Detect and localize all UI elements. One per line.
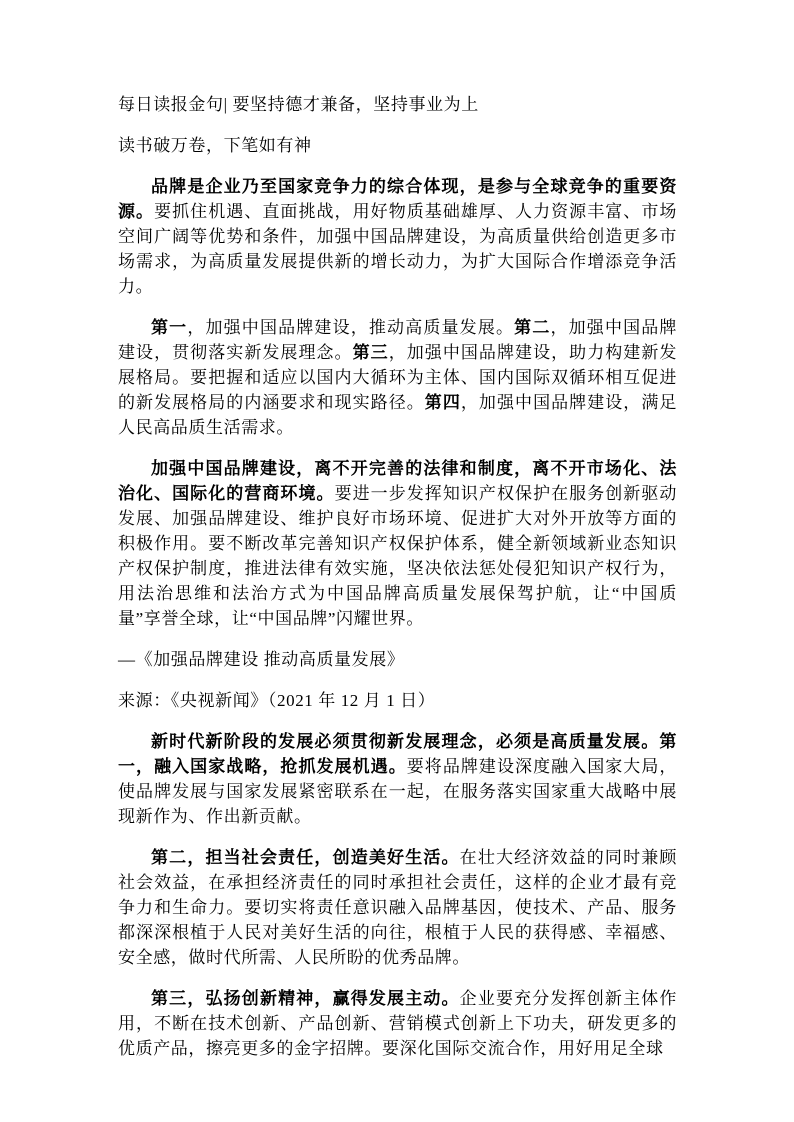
text-segment: 读书破万卷，下笔如有神	[118, 136, 312, 155]
bold-text-segment: 第三，弘扬创新精神，赢得发展主动。	[151, 989, 460, 1008]
source-origin-line: 来源：《央视新闻》（2021 年 12 月 1 日）	[118, 688, 677, 713]
bold-text-segment: 第四	[425, 393, 461, 412]
text-segment: 要进一步发挥知识产权保护在服务创新驱动发展、加强品牌建设、维护良好市场环境、促进…	[118, 484, 677, 628]
bold-text-segment: 第二，担当社会责任，创造美好生活。	[151, 848, 460, 867]
paragraph-innovation: 第三，弘扬创新精神，赢得发展主动。企业要充分发挥创新主体作用，不断在技术创新、产…	[118, 986, 677, 1061]
bold-text-segment: 第一	[151, 318, 187, 337]
text-segment: ，加强中国品牌建设，推动高质量发展。	[187, 318, 514, 337]
document-body: 每日读报金句| 要坚持德才兼备，坚持事业为上读书破万卷，下笔如有神品牌是企业乃至…	[118, 92, 677, 1061]
paragraph-new-era: 新时代新阶段的发展必须贯彻新发展理念，必须是高质量发展。第一，融入国家战略，抢抓…	[118, 729, 677, 829]
text-segment: 来源：《央视新闻》（2021 年 12 月 1 日）	[118, 691, 435, 710]
paragraph-brand-overview: 品牌是企业乃至国家竞争力的综合体现，是参与全球竞争的重要资源。要抓住机遇、直面挑…	[118, 174, 677, 299]
paragraph-four-points: 第一，加强中国品牌建设，推动高质量发展。第二，加强中国品牌建设，贯彻落实新发展理…	[118, 315, 677, 440]
bold-text-segment: 第二	[514, 318, 550, 337]
paragraph-legal-environment: 加强中国品牌建设，离不开完善的法律和制度，离不开市场化、法治化、国际化的营商环境…	[118, 456, 677, 631]
document-page: 每日读报金句| 要坚持德才兼备，坚持事业为上读书破万卷，下笔如有神品牌是企业乃至…	[0, 0, 794, 1122]
daily-quote-line: 每日读报金句| 要坚持德才兼备，坚持事业为上	[118, 92, 677, 117]
text-segment: 每日读报金句| 要坚持德才兼备，坚持事业为上	[118, 95, 479, 114]
proverb-line: 读书破万卷，下笔如有神	[118, 133, 677, 158]
text-segment: —《加强品牌建设 推动高质量发展》	[118, 650, 404, 669]
source-title-line: —《加强品牌建设 推动高质量发展》	[118, 647, 677, 672]
bold-text-segment: 第三	[353, 343, 389, 362]
text-segment: 要抓住机遇、直面挑战，用好物质基础雄厚、人力资源丰富、市场空间广阔等优势和条件，…	[118, 202, 677, 296]
paragraph-social-responsibility: 第二，担当社会责任，创造美好生活。在壮大经济效益的同时兼顾社会效益，在承担经济责…	[118, 845, 677, 970]
